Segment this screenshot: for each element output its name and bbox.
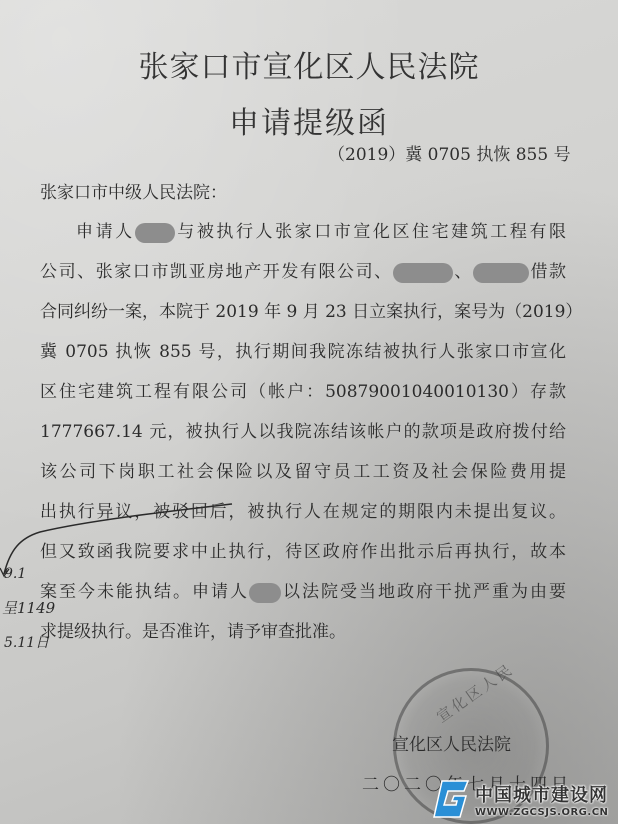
redaction-blur bbox=[135, 223, 175, 243]
redaction-blur bbox=[393, 263, 453, 283]
signature-court: 宣化区人民法院 bbox=[392, 730, 511, 755]
handwritten-note: 9.1 bbox=[4, 566, 26, 582]
addressee: 张家口市中级人民法院： bbox=[40, 178, 227, 203]
document-number: （2019）冀 0705 执恢 855 号 bbox=[328, 140, 571, 165]
body-line-1: 申请人与被执行人张家口市宣化区住宅建筑工程有限 bbox=[76, 217, 566, 243]
handwritten-note: 呈1149 bbox=[2, 597, 55, 618]
body-line-6: 1777667.14 元，被执行人以我院冻结该帐户的款项是政府拨付给 bbox=[40, 417, 566, 442]
body-line-5: 区住宅建筑工程有限公司（帐户：50879001040010130）存款 bbox=[40, 377, 566, 402]
body-text: 公司、张家口市凯亚房地产开发有限公司、 bbox=[40, 262, 393, 282]
body-text: 以法院受当地政府干扰严重为由要 bbox=[281, 582, 566, 602]
zgcsjs-logo-icon bbox=[432, 779, 470, 819]
body-text: 申请人 bbox=[76, 222, 135, 242]
redaction-blur bbox=[473, 263, 529, 283]
body-line-7: 该公司下岗职工社会保险以及留守员工工资及社会保险费用提 bbox=[40, 457, 566, 482]
body-text: 借款 bbox=[529, 262, 566, 282]
body-line-11: 求提级执行。是否准许，请予审查批准。 bbox=[40, 617, 566, 642]
body-line-4: 冀 0705 执恢 855 号，执行期间我院冻结被执行人张家口市宣化 bbox=[40, 337, 566, 362]
body-line-2: 公司、张家口市凯亚房地产开发有限公司、、借款 bbox=[40, 257, 566, 283]
body-text: 、 bbox=[453, 262, 473, 282]
body-text: 与被执行人张家口市宣化区住宅建筑工程有限 bbox=[175, 222, 566, 242]
letter-title: 申请提级函 bbox=[0, 98, 618, 142]
redaction-blur bbox=[249, 583, 281, 603]
handwritten-note: 5.11日 bbox=[4, 632, 49, 652]
watermark-url: WWW.ZGCSJS.ORG.CN bbox=[475, 807, 608, 818]
site-watermark: 中国城市建设网 WWW.ZGCSJS.ORG.CN bbox=[432, 774, 618, 824]
court-name-title: 张家口市宣化区人民法院 bbox=[0, 42, 618, 86]
watermark-name: 中国城市建设网 bbox=[475, 781, 608, 807]
handwritten-arrow-icon bbox=[0, 490, 240, 590]
body-line-3: 合同纠纷一案，本院于 2019 年 9 月 23 日立案执行，案号为（2019） bbox=[40, 297, 566, 322]
